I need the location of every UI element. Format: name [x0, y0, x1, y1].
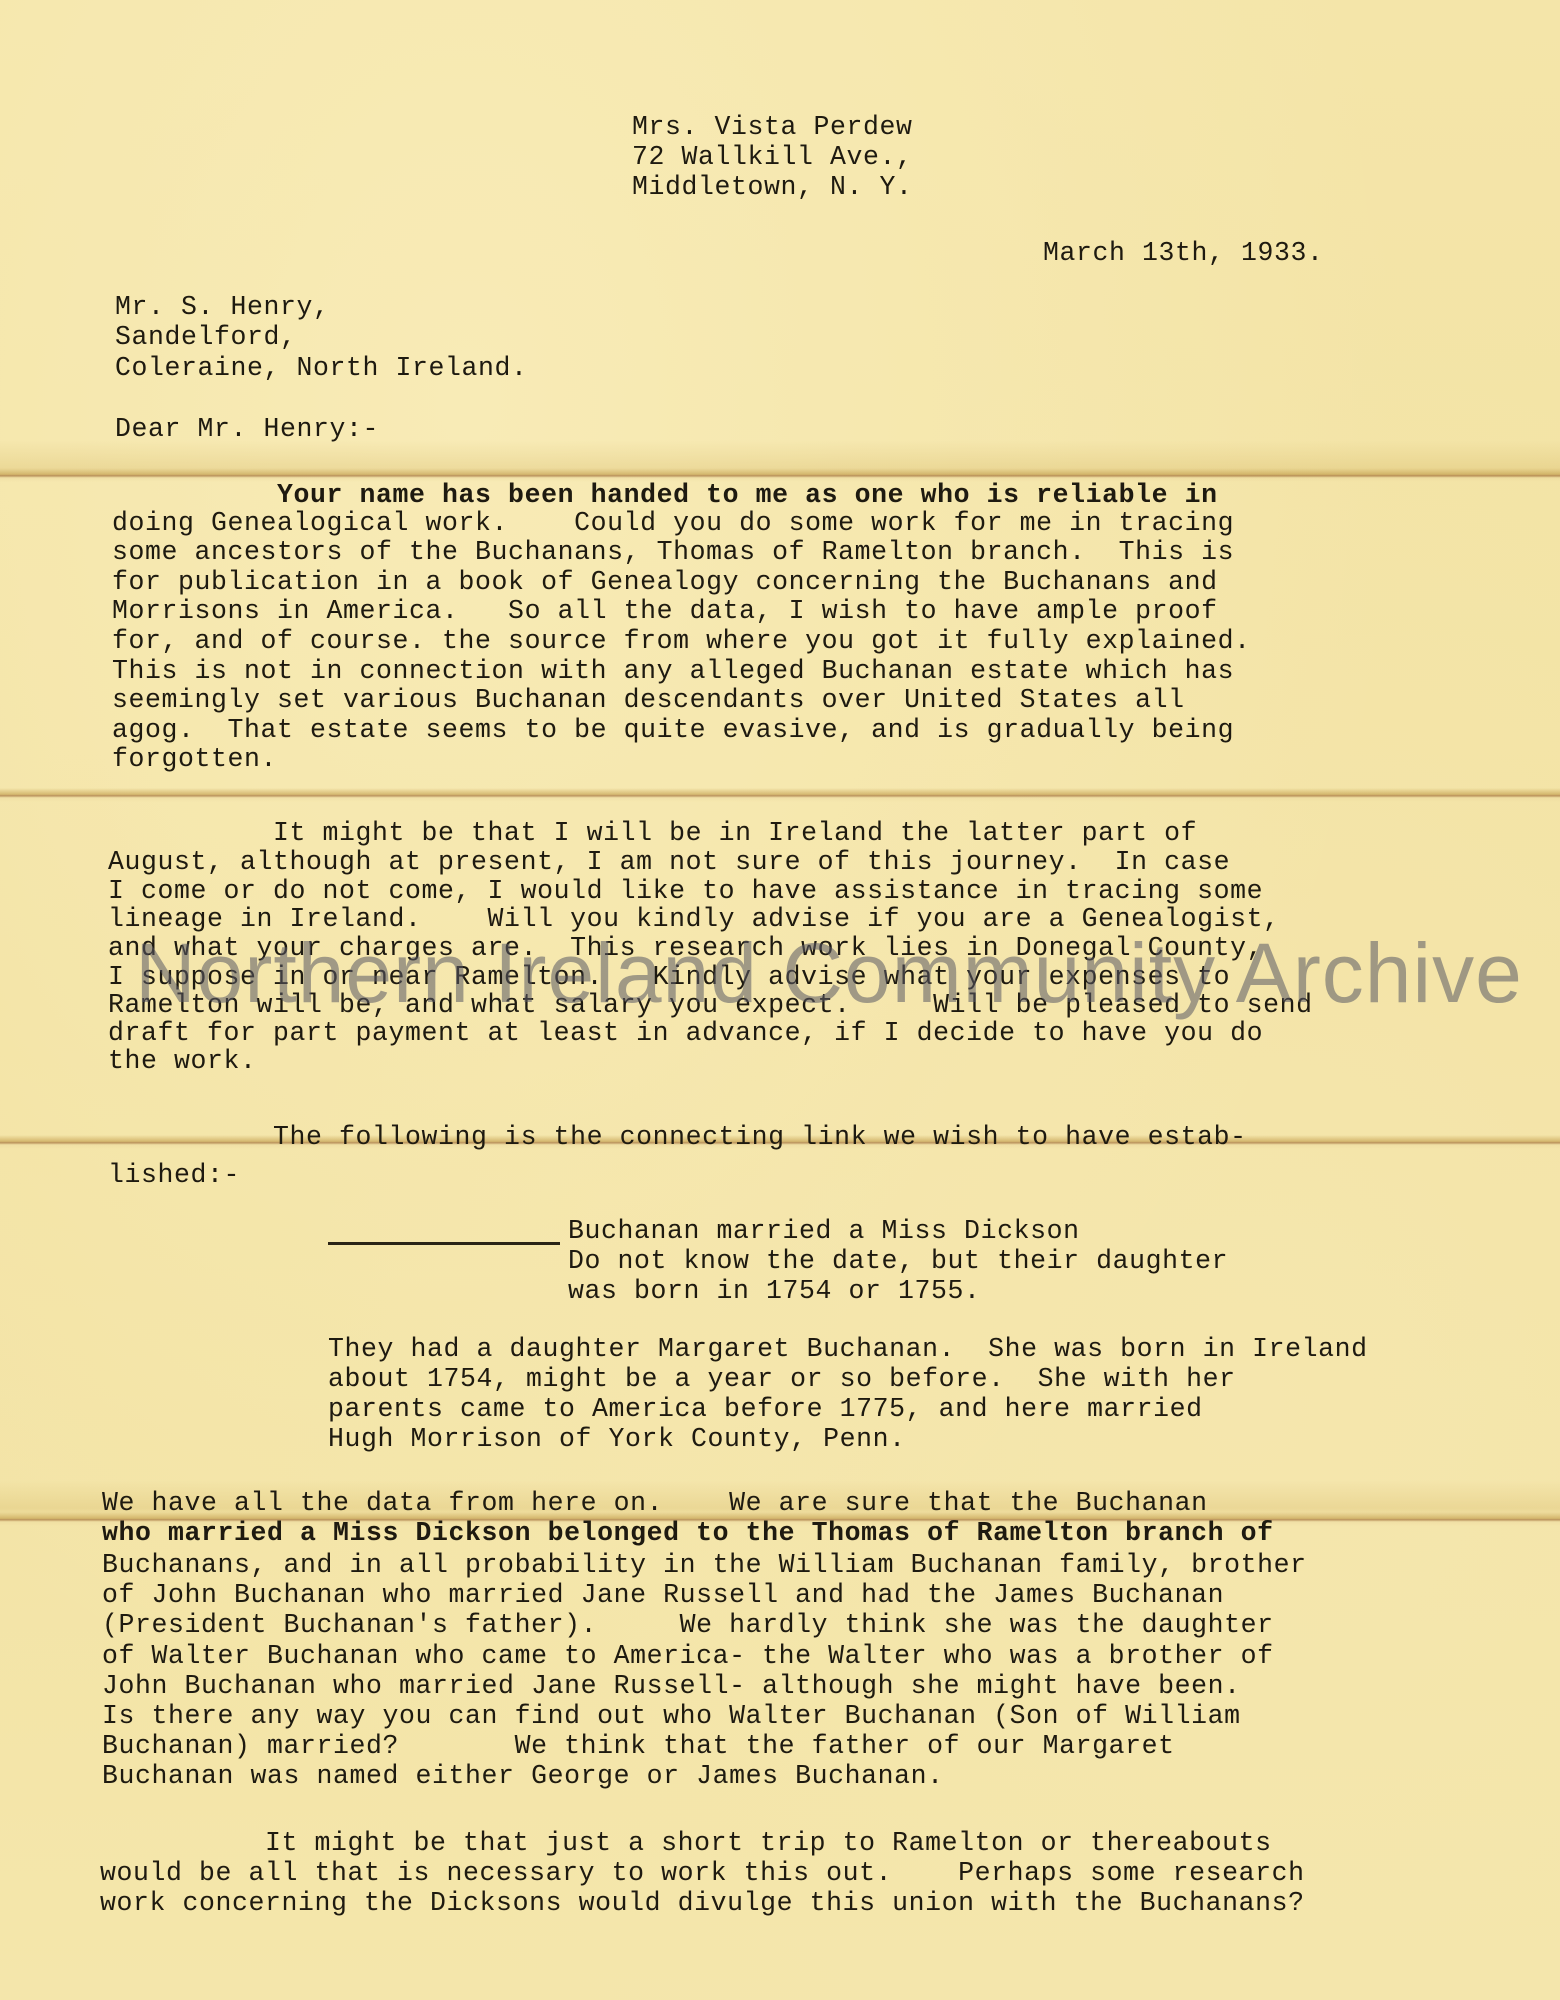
text-line: It might be that I will be in Ireland th…	[108, 818, 1197, 848]
text-line: Buchanans, and in all probability in the…	[102, 1550, 1307, 1580]
text-line: who married a Miss Dickson belonged to t…	[102, 1518, 1274, 1548]
text-line: doing Genealogical work. Could you do so…	[112, 508, 1234, 538]
text-line: I come or do not come, I would like to h…	[108, 876, 1263, 906]
recipient-name: Mr. S. Henry,	[115, 292, 330, 322]
text-line: forgotten.	[112, 744, 277, 774]
text-line: some ancestors of the Buchanans, Thomas …	[112, 537, 1234, 567]
text-line: It might be that just a short trip to Ra…	[100, 1828, 1272, 1858]
text-line: of John Buchanan who married Jane Russel…	[102, 1580, 1224, 1610]
salutation: Dear Mr. Henry:-	[115, 414, 379, 444]
text-line: about 1754, might be a year or so before…	[328, 1364, 1236, 1394]
text-line: The following is the connecting link we …	[108, 1122, 1247, 1152]
text-line: lished:-	[108, 1160, 240, 1190]
text-line: draft for part payment at least in advan…	[108, 1018, 1263, 1048]
text-line: They had a daughter Margaret Buchanan. S…	[328, 1334, 1368, 1364]
text-line: August, although at present, I am not su…	[108, 847, 1230, 877]
text-line: the work.	[108, 1046, 257, 1076]
text-line: for, and of course. the source from wher…	[112, 626, 1251, 656]
text-line: Your name has been handed to me as one w…	[112, 480, 1218, 510]
recipient-house: Sandelford,	[115, 322, 297, 352]
text-line: would be all that is necessary to work t…	[100, 1858, 1305, 1888]
archive-watermark: Northern Ireland Community Archive	[135, 925, 1523, 1022]
text-line: Is there any way you can find out who Wa…	[102, 1701, 1241, 1731]
text-line: Buchanan was named either George or Jame…	[102, 1761, 944, 1791]
sender-name: Mrs. Vista Perdew	[632, 112, 913, 142]
unknown-name-blank	[328, 1242, 560, 1245]
text-line: work concerning the Dicksons would divul…	[100, 1888, 1305, 1918]
text-line: was born in 1754 or 1755.	[568, 1276, 981, 1306]
text-line: Hugh Morrison of York County, Penn.	[328, 1424, 906, 1454]
sender-street: 72 Wallkill Ave.,	[632, 142, 913, 172]
text-line: This is not in connection with any alleg…	[112, 656, 1234, 686]
letter-page: Mrs. Vista Perdew 72 Wallkill Ave., Midd…	[0, 0, 1560, 2000]
text-line: for publication in a book of Genealogy c…	[112, 567, 1218, 597]
sender-city: Middletown, N. Y.	[632, 172, 913, 202]
fold-crease	[0, 788, 1560, 802]
text-line: Buchanan married a Miss Dickson	[568, 1216, 1080, 1246]
recipient-town: Coleraine, North Ireland.	[115, 353, 528, 383]
text-line: agog. That estate seems to be quite evas…	[112, 715, 1234, 745]
text-line: of Walter Buchanan who came to America- …	[102, 1641, 1274, 1671]
text-line: parents came to America before 1775, and…	[328, 1394, 1203, 1424]
text-line: We have all the data from here on. We ar…	[102, 1488, 1208, 1518]
text-line: Morrisons in America. So all the data, I…	[112, 596, 1218, 626]
text-line: John Buchanan who married Jane Russell- …	[102, 1671, 1241, 1701]
text-line: seemingly set various Buchanan descendan…	[112, 685, 1185, 715]
letter-date: March 13th, 1933.	[1043, 238, 1324, 268]
text-line: Buchanan) married? We think that the fat…	[102, 1731, 1175, 1761]
text-line: Do not know the date, but their daughter	[568, 1246, 1228, 1276]
text-line: (President Buchanan's father). We hardly…	[102, 1610, 1274, 1640]
